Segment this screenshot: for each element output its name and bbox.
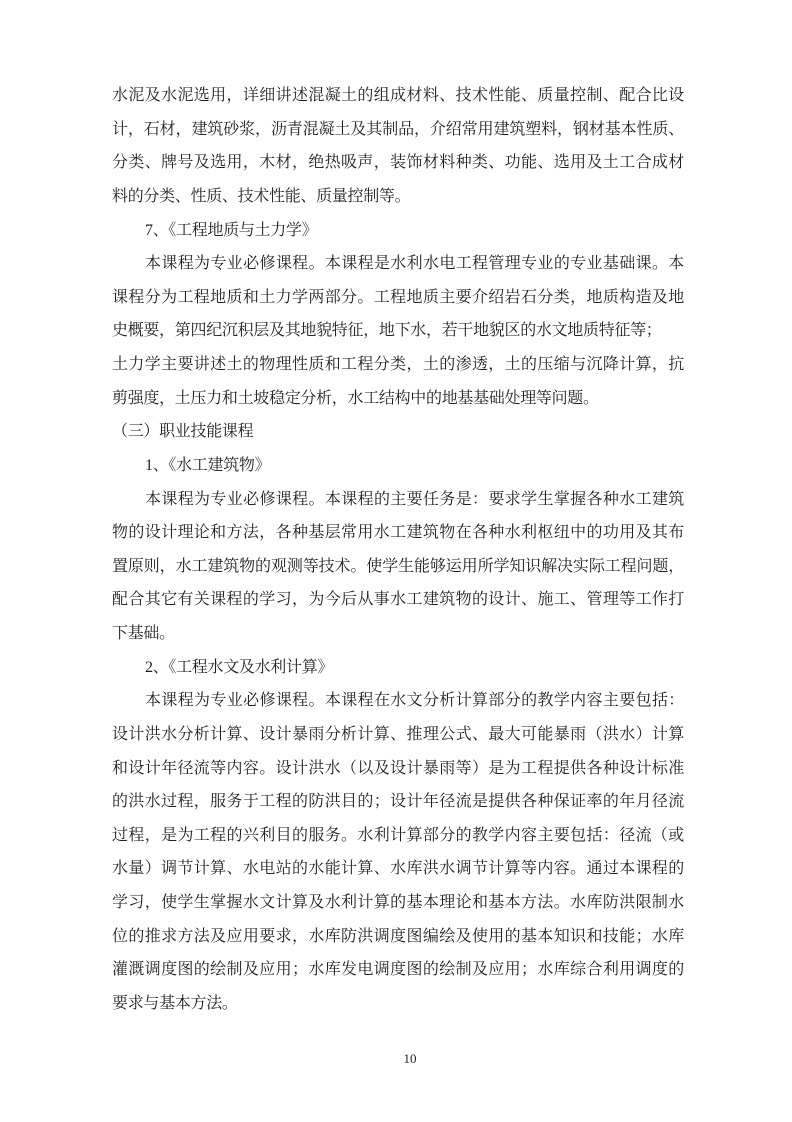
text-line: 史概要，第四纪沉积层及其地貌特征，地下水，若干地貌区的水文地质特征等； [112, 314, 684, 348]
document-body: 水泥及水泥选用，详细讲述混凝土的组成材料、技术性能、质量控制、配合比设计，石材，… [112, 79, 684, 1021]
text-line: 课程分为工程地质和土力学两部分。工程地质主要介绍岩石分类，地质构造及地 [112, 281, 684, 315]
document-page: 水泥及水泥选用，详细讲述混凝土的组成材料、技术性能、质量控制、配合比设计，石材，… [0, 0, 792, 1122]
text-line: 的洪水过程，服务于工程的防洪目的；设计年径流是提供各种保证率的年月径流 [112, 785, 684, 819]
text-line: 水泥及水泥选用，详细讲述混凝土的组成材料、技术性能、质量控制、配合比设 [112, 79, 684, 113]
text-line: 1、《水工建筑物》 [112, 449, 684, 483]
text-line: 置原则，水工建筑物的观测等技术。使学生能够运用所学知识解决实际工程问题， [112, 550, 684, 584]
text-line: 位的推求方法及应用要求，水库防洪调度图编绘及使用的基本知识和技能；水库 [112, 920, 684, 954]
text-line: 计，石材，建筑砂浆，沥青混凝土及其制品，介绍常用建筑塑料，钢材基本性质、 [112, 113, 684, 147]
text-line: 灌溉调度图的绘制及应用；水库发电调度图的绘制及应用；水库综合利用调度的 [112, 953, 684, 987]
text-line: 物的设计理论和方法，各种基层常用水工建筑物在各种水利枢纽中的功用及其布 [112, 516, 684, 550]
text-line: 分类、牌号及选用，木材，绝热吸声，装饰材料种类、功能、选用及土工合成材 [112, 146, 684, 180]
page-number: 10 [124, 1049, 696, 1069]
text-line: 本课程为专业必修课程。本课程在水文分析计算部分的教学内容主要包括： [112, 684, 684, 718]
text-line: 2、《工程水文及水利计算》 [112, 651, 684, 685]
text-line: 剪强度，土压力和土坡稳定分析，水工结构中的地基基础处理等问题。 [112, 382, 684, 416]
text-line: 本课程为专业必修课程。本课程的主要任务是：要求学生掌握各种水工建筑 [112, 483, 684, 517]
text-line: 料的分类、性质、技术性能、质量控制等。 [112, 180, 684, 214]
text-line: 要求与基本方法。 [112, 987, 684, 1021]
text-line: 土力学主要讲述土的物理性质和工程分类，土的渗透，土的压缩与沉降计算，抗 [112, 348, 684, 382]
text-line: 过程，是为工程的兴利目的服务。水利计算部分的教学内容主要包括：径流（或 [112, 819, 684, 853]
text-line: 和设计年径流等内容。设计洪水（以及设计暴雨等）是为工程提供各种设计标准 [112, 752, 684, 786]
text-line: 下基础。 [112, 617, 684, 651]
text-line: 设计洪水分析计算、设计暴雨分析计算、推理公式、最大可能暴雨（洪水）计算 [112, 718, 684, 752]
text-line: 水量）调节计算、水电站的水能计算、水库洪水调节计算等内容。通过本课程的 [112, 852, 684, 886]
text-line: 配合其它有关课程的学习，为今后从事水工建筑物的设计、施工、管理等工作打 [112, 583, 684, 617]
text-line: 学习，使学生掌握水文计算及水利计算的基本理论和基本方法。水库防洪限制水 [112, 886, 684, 920]
text-line: 本课程为专业必修课程。本课程是水利水电工程管理专业的专业基础课。本 [112, 247, 684, 281]
text-line: （三）职业技能课程 [112, 415, 684, 449]
text-line: 7、《工程地质与土力学》 [112, 214, 684, 248]
